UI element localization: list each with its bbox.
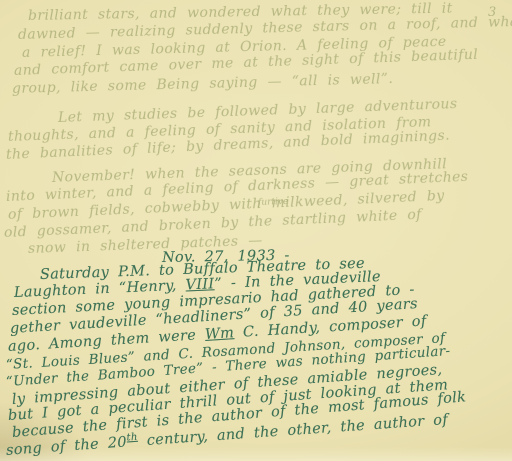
diary-page-scan: { "page_number": "3", "colors": { "paper… [0,0,512,461]
underlined-abbreviation: Wm [204,325,234,343]
underlined-numeral: VIII [185,276,215,293]
inserted-word: furtive [258,197,289,208]
